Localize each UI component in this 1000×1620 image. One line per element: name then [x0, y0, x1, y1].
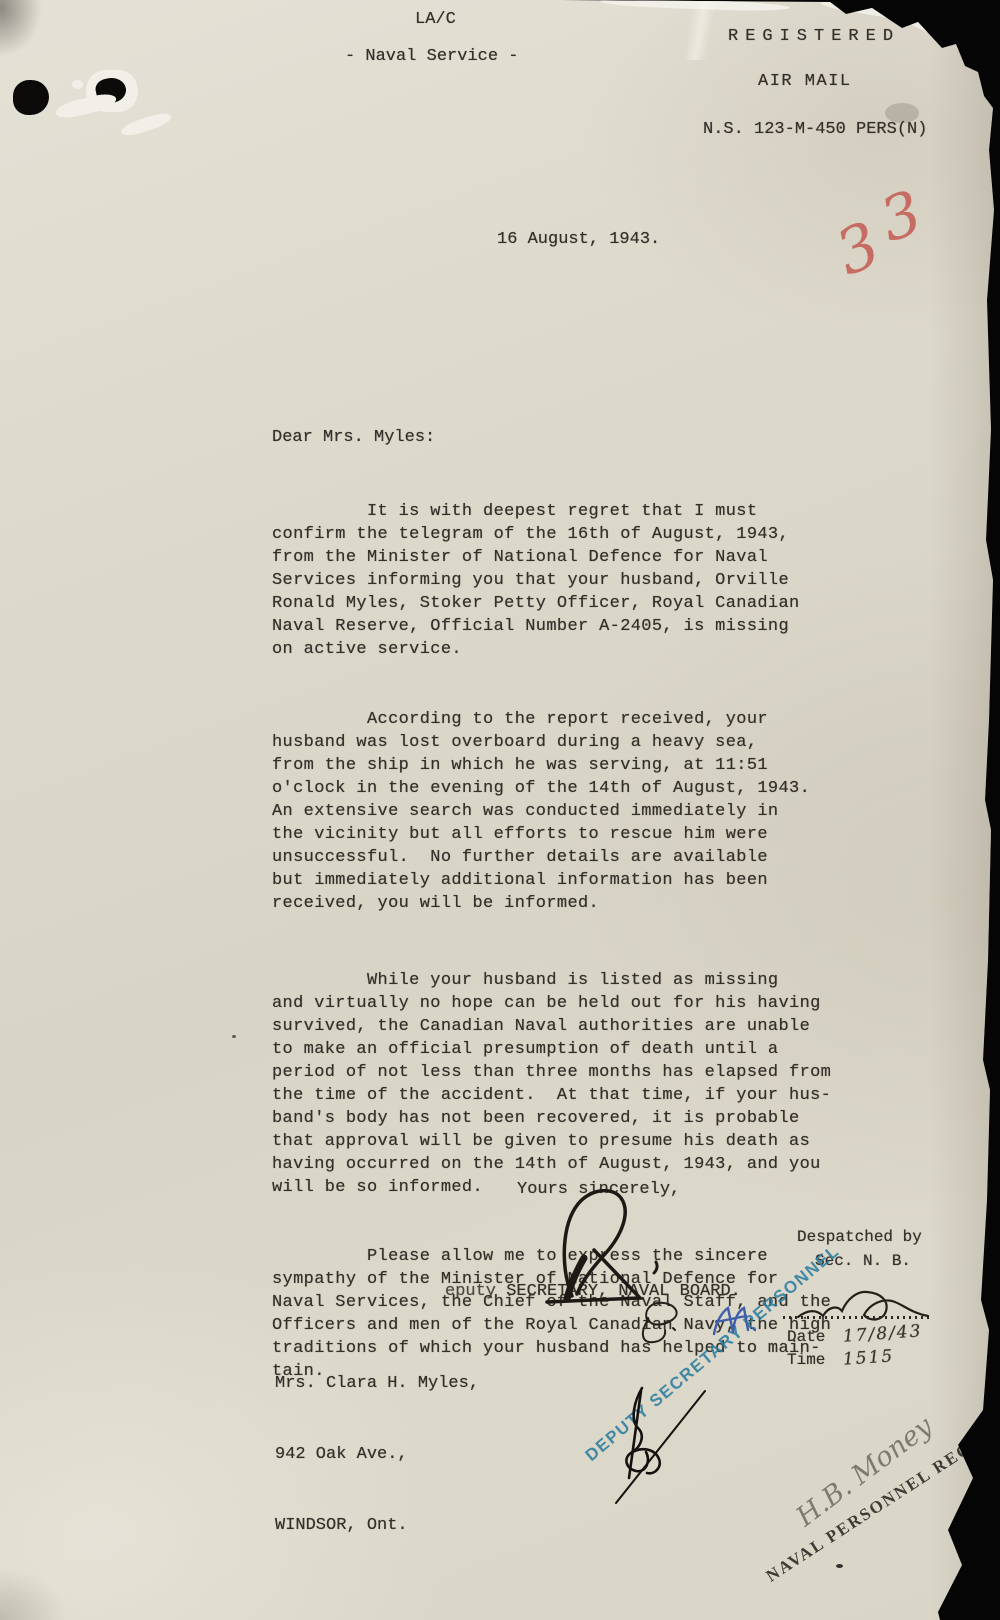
torn-edge	[600, 0, 790, 12]
letter-paper: LA/C - Naval Service - REGISTERED AIR MA…	[0, 0, 1000, 1620]
despatch-time-value: 1515	[842, 1345, 895, 1372]
registered-label: REGISTERED	[728, 25, 900, 48]
despatch-date-label: Date	[787, 1326, 825, 1349]
recipient-street: 942 Oak Ave.,	[275, 1443, 479, 1466]
torn-edge	[820, 0, 910, 21]
classification: LA/C	[415, 8, 456, 31]
signer-title: eputy SECRETARY, NAVAL BOARD.	[445, 1280, 741, 1303]
corner-shadow	[0, 0, 60, 90]
speck	[836, 1564, 843, 1568]
despatched-by-label: Despatched by	[797, 1226, 922, 1249]
torn-sliver	[119, 110, 172, 138]
recipient-address: Mrs. Clara H. Myles, 942 Oak Ave., WINDS…	[275, 1326, 479, 1583]
paragraph-3: While your husband is listed as missing …	[272, 969, 837, 1199]
folio-number-digit: 3	[826, 207, 890, 289]
scanned-letter-page: LA/C - Naval Service - REGISTERED AIR MA…	[0, 0, 1000, 1620]
salutation: Dear Mrs. Myles:	[272, 426, 837, 449]
paragraph-1: It is with deepest regret that I must co…	[272, 500, 837, 661]
signer-title-partial: eputy	[445, 1282, 506, 1301]
letter-body: Dear Mrs. Myles: It is with deepest regr…	[272, 380, 837, 1429]
folio-number-digit: 3	[872, 178, 930, 256]
recipient-city: WINDSOR, Ont.	[275, 1514, 479, 1537]
air-mail-label: AIR MAIL	[758, 70, 852, 93]
punch-hole	[13, 80, 49, 115]
despatch-time-label: Time	[787, 1349, 825, 1372]
despatch-date-value: 17/8/43	[842, 1320, 923, 1348]
edge-shadow	[930, 0, 1000, 1620]
file-number: N.S. 123-M-450 PERS(N)	[703, 118, 927, 141]
torn-edge	[906, 17, 964, 46]
closing: Yours sincerely,	[517, 1178, 680, 1201]
torn-dot	[72, 80, 83, 89]
paragraph-2: According to the report received, your h…	[272, 708, 837, 915]
date-line: 16 August, 1943.	[497, 228, 660, 251]
corner-shadow-bottom	[0, 1540, 90, 1620]
speck	[232, 1035, 236, 1038]
service-line: - Naval Service -	[345, 45, 518, 68]
recipient-name: Mrs. Clara H. Myles,	[275, 1372, 479, 1395]
signer-title-main: SECRETARY, NAVAL BOARD.	[506, 1282, 741, 1301]
